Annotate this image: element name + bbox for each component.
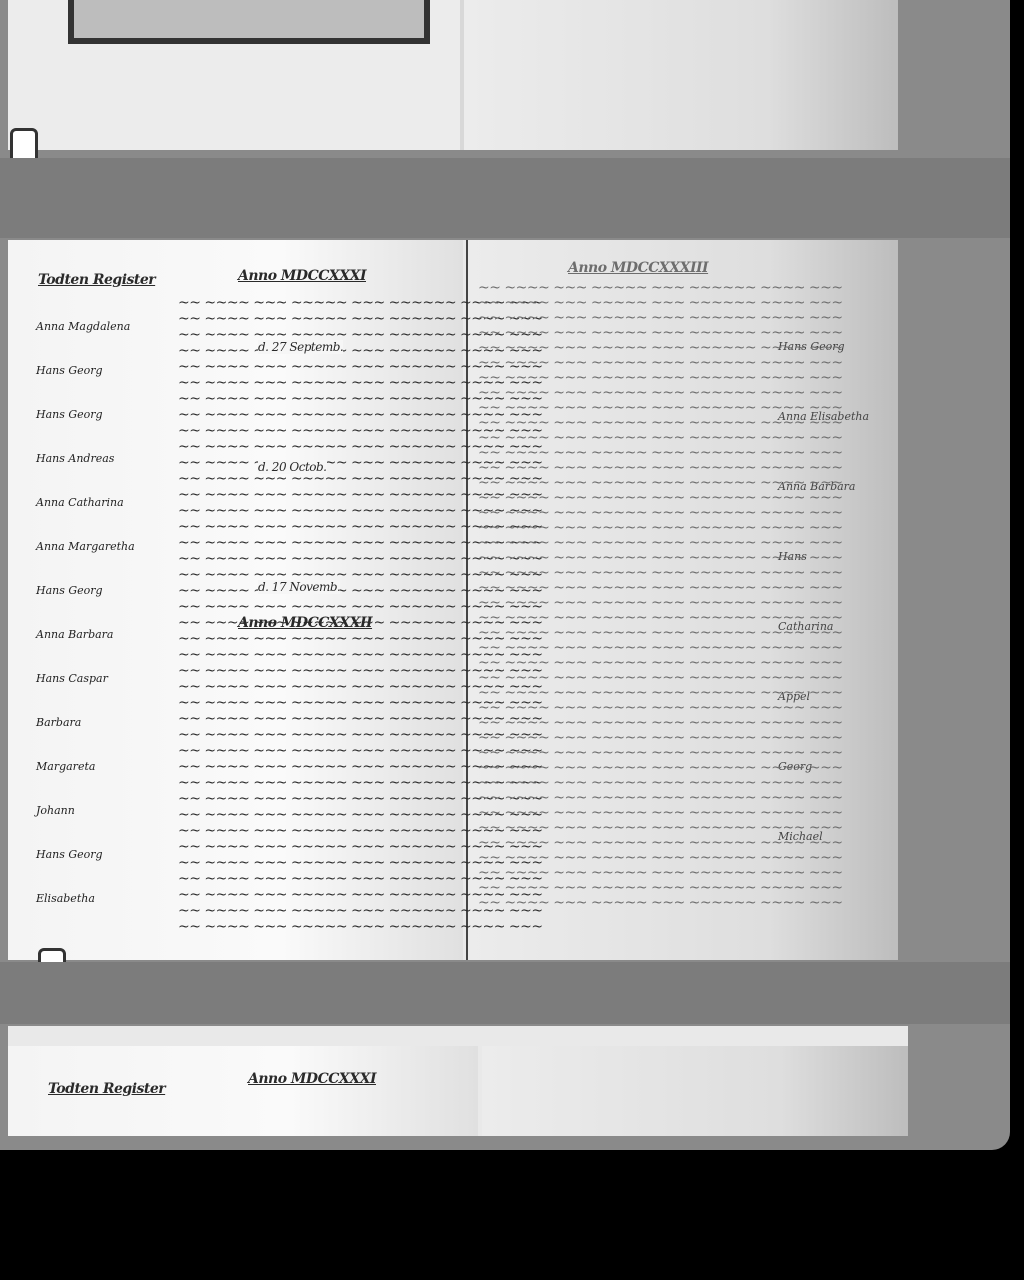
script-line: ~~ ~~~~ ~~~ ~~~~~ ~~~ ~~~~~~ ~~~~ ~~~ xyxy=(478,340,843,356)
margin-name: Hans Georg xyxy=(36,584,103,597)
margin-title: Todten Register xyxy=(48,1081,165,1097)
microfilm-strip: Todten Register Anno MDCCXXXI Anno MDCCX… xyxy=(0,0,1010,1150)
script-line: ~~ ~~~~ ~~~ ~~~~~ ~~~ ~~~~~~ ~~~~ ~~~ xyxy=(478,400,843,416)
script-line: ~~ ~~~~ ~~~ ~~~~~ ~~~ ~~~~~~ ~~~~ ~~~ xyxy=(478,685,843,701)
script-line: ~~ ~~~~ ~~~ ~~~~~ ~~~ ~~~~~~ ~~~~ ~~~ xyxy=(478,775,843,791)
frame-main: Todten Register Anno MDCCXXXI Anno MDCCX… xyxy=(8,240,898,960)
script-line: ~~ ~~~~ ~~~ ~~~~~ ~~~ ~~~~~~ ~~~~ ~~~ xyxy=(478,595,843,611)
top-frame-border xyxy=(68,0,430,44)
script-line: ~~ ~~~~ ~~~ ~~~~~ ~~~ ~~~~~~ ~~~~ ~~~ xyxy=(478,430,843,446)
script-line: ~~ ~~~~ ~~~ ~~~~~ ~~~ ~~~~~~ ~~~~ ~~~ xyxy=(478,880,843,896)
script-line: ~~ ~~~~ ~~~ ~~~~~ ~~~ ~~~~~~ ~~~~ ~~~ xyxy=(478,310,843,326)
margin-name: Hans Georg xyxy=(36,408,103,421)
frame-top-partial xyxy=(8,0,898,150)
script-line: ~~ ~~~~ ~~~ ~~~~~ ~~~ ~~~~~~ ~~~~ ~~~ xyxy=(478,895,843,911)
script-line: ~~ ~~~~ ~~~ ~~~~~ ~~~ ~~~~~~ ~~~~ ~~~ xyxy=(478,460,843,476)
script-line: ~~ ~~~~ ~~~ ~~~~~ ~~~ ~~~~~~ ~~~~ ~~~ xyxy=(478,655,843,671)
script-line: ~~ ~~~~ ~~~ ~~~~~ ~~~ ~~~~~~ ~~~~ ~~~ xyxy=(478,580,843,596)
margin-name: Margareta xyxy=(36,760,95,773)
year-heading: Anno MDCCXXXI xyxy=(238,268,366,284)
margin-name: Hans Caspar xyxy=(36,672,108,685)
margin-name: Anna Magdalena xyxy=(36,320,130,333)
margin-name: Hans Andreas xyxy=(36,452,114,465)
script-line: ~~ ~~~~ ~~~ ~~~~~ ~~~ ~~~~~~ ~~~~ ~~~ xyxy=(478,670,843,686)
bottom-right-page xyxy=(482,1046,908,1136)
margin-name: Anna Catharina xyxy=(36,496,124,509)
margin-name: Johann xyxy=(36,804,75,817)
script-line: ~~ ~~~~ ~~~ ~~~~~ ~~~ ~~~~~~ ~~~~ ~~~ xyxy=(478,790,843,806)
script-line: ~~ ~~~~ ~~~ ~~~~~ ~~~ ~~~~~~ ~~~~ ~~~ xyxy=(478,865,843,881)
script-line: ~~ ~~~~ ~~~ ~~~~~ ~~~ ~~~~~~ ~~~~ ~~~ xyxy=(478,745,843,761)
script-line: ~~ ~~~~ ~~~ ~~~~~ ~~~ ~~~~~~ ~~~~ ~~~ xyxy=(478,355,843,371)
script-line: ~~ ~~~~ ~~~ ~~~~~ ~~~ ~~~~~~ ~~~~ ~~~ xyxy=(478,565,843,581)
script-line: ~~ ~~~~ ~~~ ~~~~~ ~~~ ~~~~~~ ~~~~ ~~~ xyxy=(478,805,843,821)
frame-gap xyxy=(0,158,1010,238)
year-heading: Anno MDCCXXXIII xyxy=(568,260,708,276)
margin-name: Hans Georg xyxy=(36,364,103,377)
script-line: ~~ ~~~~ ~~~ ~~~~~ ~~~ ~~~~~~ ~~~~ ~~~ xyxy=(478,295,843,311)
script-line: ~~ ~~~~ ~~~ ~~~~~ ~~~ ~~~~~~ ~~~~ ~~~ xyxy=(478,325,843,341)
script-line: ~~ ~~~~ ~~~ ~~~~~ ~~~ ~~~~~~ ~~~~ ~~~ xyxy=(478,280,843,296)
script-line: ~~ ~~~~ ~~~ ~~~~~ ~~~ ~~~~~~ ~~~~ ~~~ xyxy=(478,730,843,746)
script-line: ~~ ~~~~ ~~~ ~~~~~ ~~~ ~~~~~~ ~~~~ ~~~ xyxy=(478,820,843,836)
margin-name: Anna Margaretha xyxy=(36,540,135,553)
script-line: ~~ ~~~~ ~~~ ~~~~~ ~~~ ~~~~~~ ~~~~ ~~~ xyxy=(478,835,843,851)
script-line: ~~ ~~~~ ~~~ ~~~~~ ~~~ ~~~~~~ ~~~~ ~~~ xyxy=(478,505,843,521)
script-line: ~~ ~~~~ ~~~ ~~~~~ ~~~ ~~~~~~ ~~~~ ~~~ xyxy=(478,610,843,626)
script-line: ~~ ~~~~ ~~~ ~~~~~ ~~~ ~~~~~~ ~~~~ ~~~ xyxy=(478,535,843,551)
script-line: ~~ ~~~~ ~~~ ~~~~~ ~~~ ~~~~~~ ~~~~ ~~~ xyxy=(178,919,543,935)
frame-gap xyxy=(0,962,1010,1024)
script-line: ~~ ~~~~ ~~~ ~~~~~ ~~~ ~~~~~~ ~~~~ ~~~ xyxy=(478,520,843,536)
year-heading: Anno MDCCXXXI xyxy=(248,1071,376,1087)
script-line: ~~ ~~~~ ~~~ ~~~~~ ~~~ ~~~~~~ ~~~~ ~~~ xyxy=(478,760,843,776)
script-line: ~~ ~~~~ ~~~ ~~~~~ ~~~ ~~~~~~ ~~~~ ~~~ xyxy=(478,370,843,386)
top-right-page xyxy=(464,0,898,150)
script-line: ~~ ~~~~ ~~~ ~~~~~ ~~~ ~~~~~~ ~~~~ ~~~ xyxy=(478,550,843,566)
date-note: d. 20 Octob. xyxy=(258,460,327,474)
margin-name: Barbara xyxy=(36,716,81,729)
margin-name: Anna Barbara xyxy=(36,628,113,641)
script-line: ~~ ~~~~ ~~~ ~~~~~ ~~~ ~~~~~~ ~~~~ ~~~ xyxy=(478,850,843,866)
script-line: ~~ ~~~~ ~~~ ~~~~~ ~~~ ~~~~~~ ~~~~ ~~~ xyxy=(478,625,843,641)
script-line: ~~ ~~~~ ~~~ ~~~~~ ~~~ ~~~~~~ ~~~~ ~~~ xyxy=(478,475,843,491)
script-line: ~~ ~~~~ ~~~ ~~~~~ ~~~ ~~~~~~ ~~~~ ~~~ xyxy=(478,445,843,461)
frame-bottom-partial: Todten Register Anno MDCCXXXI xyxy=(8,1026,908,1136)
date-note: d. 17 Novemb. xyxy=(258,580,340,594)
margin-name: Elisabetha xyxy=(36,892,95,905)
script-line: ~~ ~~~~ ~~~ ~~~~~ ~~~ ~~~~~~ ~~~~ ~~~ xyxy=(478,640,843,656)
script-line: ~~ ~~~~ ~~~ ~~~~~ ~~~ ~~~~~~ ~~~~ ~~~ xyxy=(478,490,843,506)
margin-title: Todten Register xyxy=(38,272,155,288)
script-line: ~~ ~~~~ ~~~ ~~~~~ ~~~ ~~~~~~ ~~~~ ~~~ xyxy=(478,385,843,401)
script-line: ~~ ~~~~ ~~~ ~~~~~ ~~~ ~~~~~~ ~~~~ ~~~ xyxy=(478,715,843,731)
script-line: ~~ ~~~~ ~~~ ~~~~~ ~~~ ~~~~~~ ~~~~ ~~~ xyxy=(478,700,843,716)
date-note: d. 27 Septemb. xyxy=(258,340,343,354)
margin-name: Hans Georg xyxy=(36,848,103,861)
script-line: ~~ ~~~~ ~~~ ~~~~~ ~~~ ~~~~~~ ~~~~ ~~~ xyxy=(478,415,843,431)
